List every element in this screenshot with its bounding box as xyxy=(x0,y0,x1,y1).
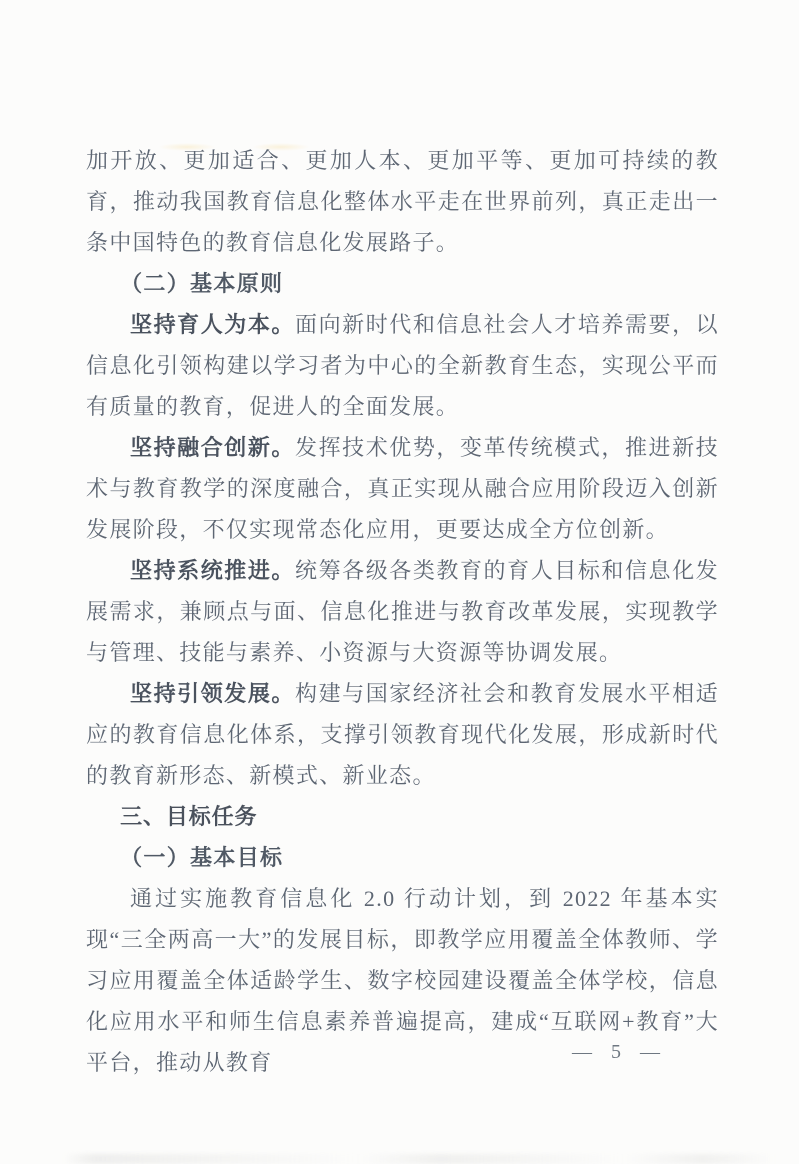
document-paragraph: 加开放、更加适合、更加人本、更加平等、更加可持续的教育，推动我国教育信息化整体水… xyxy=(86,140,719,263)
sub-heading: （一）基本目标 xyxy=(86,837,719,878)
document-paragraph: 坚持系统推进。统筹各级各类教育的育人目标和信息化发展需求，兼顾点与面、信息化推进… xyxy=(86,550,719,673)
paragraph-lead: 坚持引领发展。 xyxy=(130,681,295,706)
scanned-document-page: 加开放、更加适合、更加人本、更加平等、更加可持续的教育，推动我国教育信息化整体水… xyxy=(0,0,799,1164)
page-footer: — 5 — xyxy=(572,1041,667,1064)
paragraph-lead: 坚持系统推进。 xyxy=(130,558,295,583)
paragraph-lead: 坚持融合创新。 xyxy=(130,435,295,460)
section-heading: 三、目标任务 xyxy=(86,796,719,837)
document-paragraph: 坚持引领发展。构建与国家经济社会和教育发展水平相适应的教育信息化体系，支撑引领教… xyxy=(86,673,719,796)
document-paragraph: 坚持育人为本。面向新时代和信息社会人才培养需要，以信息化引领构建以学习者为中心的… xyxy=(86,304,719,427)
sub-heading: （二）基本原则 xyxy=(86,263,719,304)
document-paragraph: 坚持融合创新。发挥技术优势，变革传统模式，推进新技术与教育教学的深度融合，真正实… xyxy=(86,427,719,550)
page-number: — 5 — xyxy=(572,1041,667,1063)
paragraph-lead: 坚持育人为本。 xyxy=(130,312,295,337)
document-body: 加开放、更加适合、更加人本、更加平等、更加可持续的教育，推动我国教育信息化整体水… xyxy=(86,140,719,1083)
scan-artifact xyxy=(0,1154,799,1164)
